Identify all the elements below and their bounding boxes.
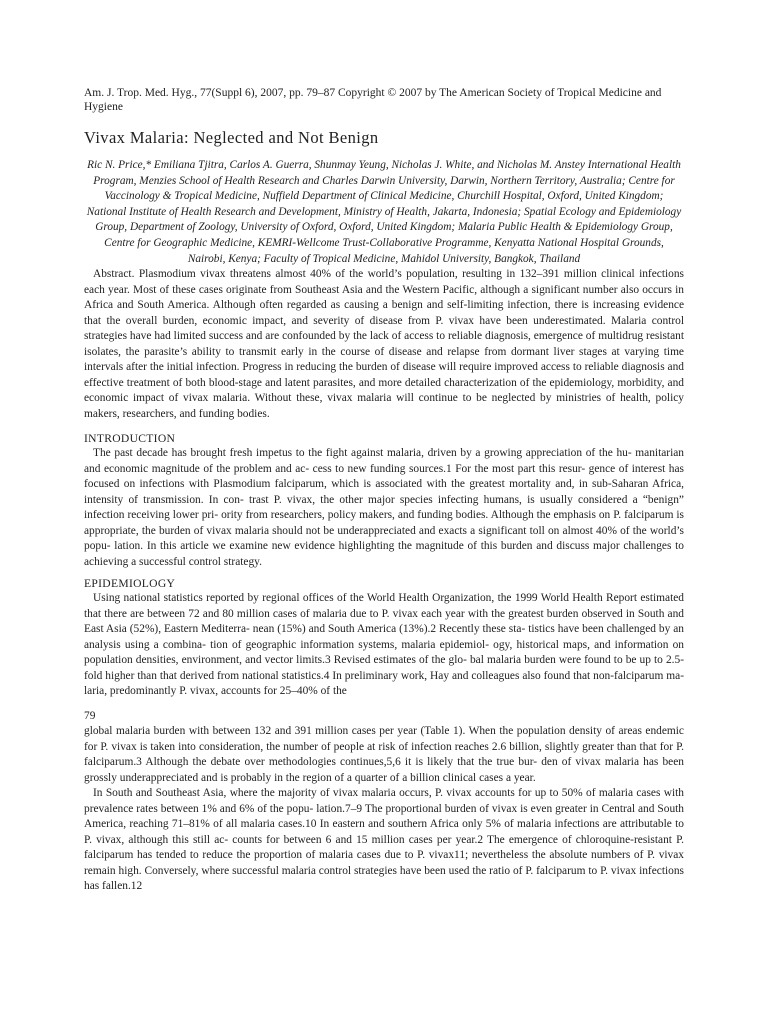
epidemiology-paragraph-3: In South and Southeast Asia, where the m…	[84, 786, 684, 895]
authors-affiliations: Ric N. Price,* Emiliana Tjitra, Carlos A…	[84, 158, 684, 267]
journal-citation-line: Am. J. Trop. Med. Hyg., 77(Suppl 6), 200…	[84, 86, 684, 114]
section-heading-epidemiology: EPIDEMIOLOGY	[84, 576, 684, 591]
article-title: Vivax Malaria: Neglected and Not Benign	[84, 127, 684, 148]
section-heading-introduction: INTRODUCTION	[84, 431, 684, 446]
epidemiology-paragraph-2: global malaria burden with between 132 a…	[84, 724, 684, 786]
epidemiology-paragraph-1: Using national statistics reported by re…	[84, 591, 684, 700]
introduction-paragraph: The past decade has brought fresh impetu…	[84, 446, 684, 570]
page-number: 79	[84, 709, 684, 725]
document-page: Am. J. Trop. Med. Hyg., 77(Suppl 6), 200…	[84, 86, 684, 895]
abstract-paragraph: Abstract. Plasmodium vivax threatens alm…	[84, 267, 684, 422]
